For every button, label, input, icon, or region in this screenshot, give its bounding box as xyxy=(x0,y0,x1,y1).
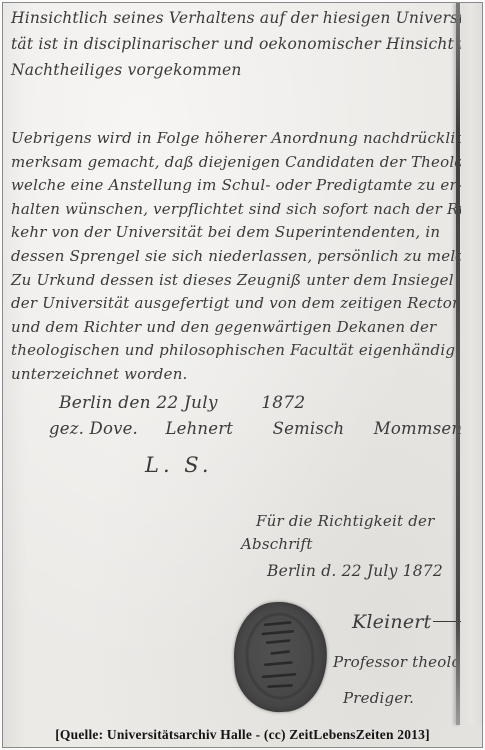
signature-name: Semisch xyxy=(273,419,345,438)
handwritten-line: tät ist in disciplinarischer und oekonom… xyxy=(11,35,483,61)
wax-seal xyxy=(231,600,330,715)
signature-line: gez. Dove. Lehnert Semisch Mommsen xyxy=(49,419,462,438)
certification-date-line: Berlin d. 22 July 1872 xyxy=(267,562,443,580)
wax-seal-impression xyxy=(231,600,330,715)
handwritten-line: und dem Richter und den gegenwärtigen De… xyxy=(11,318,483,342)
attestor-signature-name: Kleinert xyxy=(352,611,431,633)
handwritten-line: dessen Sprengel sie sich niederlassen, p… xyxy=(11,247,483,271)
handwritten-line: halten wünschen, verpflichtet sind sich … xyxy=(11,200,483,224)
handwritten-line: merksam gemacht, daß diejenigen Candidat… xyxy=(11,153,483,177)
handwritten-line: unterzeichnet worden. xyxy=(11,365,483,389)
certification-line: Abschrift xyxy=(241,535,313,553)
locus-sigilli-mark: L. S. xyxy=(145,453,213,477)
paragraph-conduct: Hinsichtlich seines Verhaltens auf der h… xyxy=(11,9,483,87)
signature-prefix: gez. Dove. xyxy=(49,419,138,438)
source-caption: [Quelle: Universitätsarchiv Halle - (cc)… xyxy=(3,727,482,743)
handwritten-line: kehr von der Universität bei dem Superin… xyxy=(11,223,483,247)
certification-line: Für die Richtigkeit der xyxy=(256,512,434,530)
scanned-document: Hinsichtlich seines Verhaltens auf der h… xyxy=(0,0,485,750)
page-edge-strip xyxy=(461,3,483,725)
signature-name: Mommsen xyxy=(374,419,462,438)
handwritten-line: der Universität ausgefertigt und von dem… xyxy=(11,294,483,318)
attestor-signature: Kleinert xyxy=(352,611,461,633)
handwritten-line: Zu Urkund dessen ist dieses Zeugniß unte… xyxy=(11,271,483,295)
handwritten-line: Uebrigens wird in Folge höherer Anordnun… xyxy=(11,129,483,153)
handwritten-line: Hinsichtlich seines Verhaltens auf der h… xyxy=(11,9,483,35)
handwritten-line: Nachtheiliges vorgekommen xyxy=(11,61,483,87)
date-year: 1872 xyxy=(261,393,305,413)
signature-name: Lehnert xyxy=(165,419,233,438)
document-page: Hinsichtlich seines Verhaltens auf der h… xyxy=(2,2,483,748)
date-place: Berlin den 22 July xyxy=(59,393,218,413)
handwritten-line: welche eine Anstellung im Schul- oder Pr… xyxy=(11,176,483,200)
date-line: Berlin den 22 July 1872 xyxy=(59,393,305,413)
paragraph-instruction: Uebrigens wird in Folge höherer Anordnun… xyxy=(11,129,483,389)
attestor-role: Prediger. xyxy=(343,689,414,707)
handwritten-line: theologischen und philosophischen Facult… xyxy=(11,341,483,365)
page-edge-shadow xyxy=(456,3,460,725)
